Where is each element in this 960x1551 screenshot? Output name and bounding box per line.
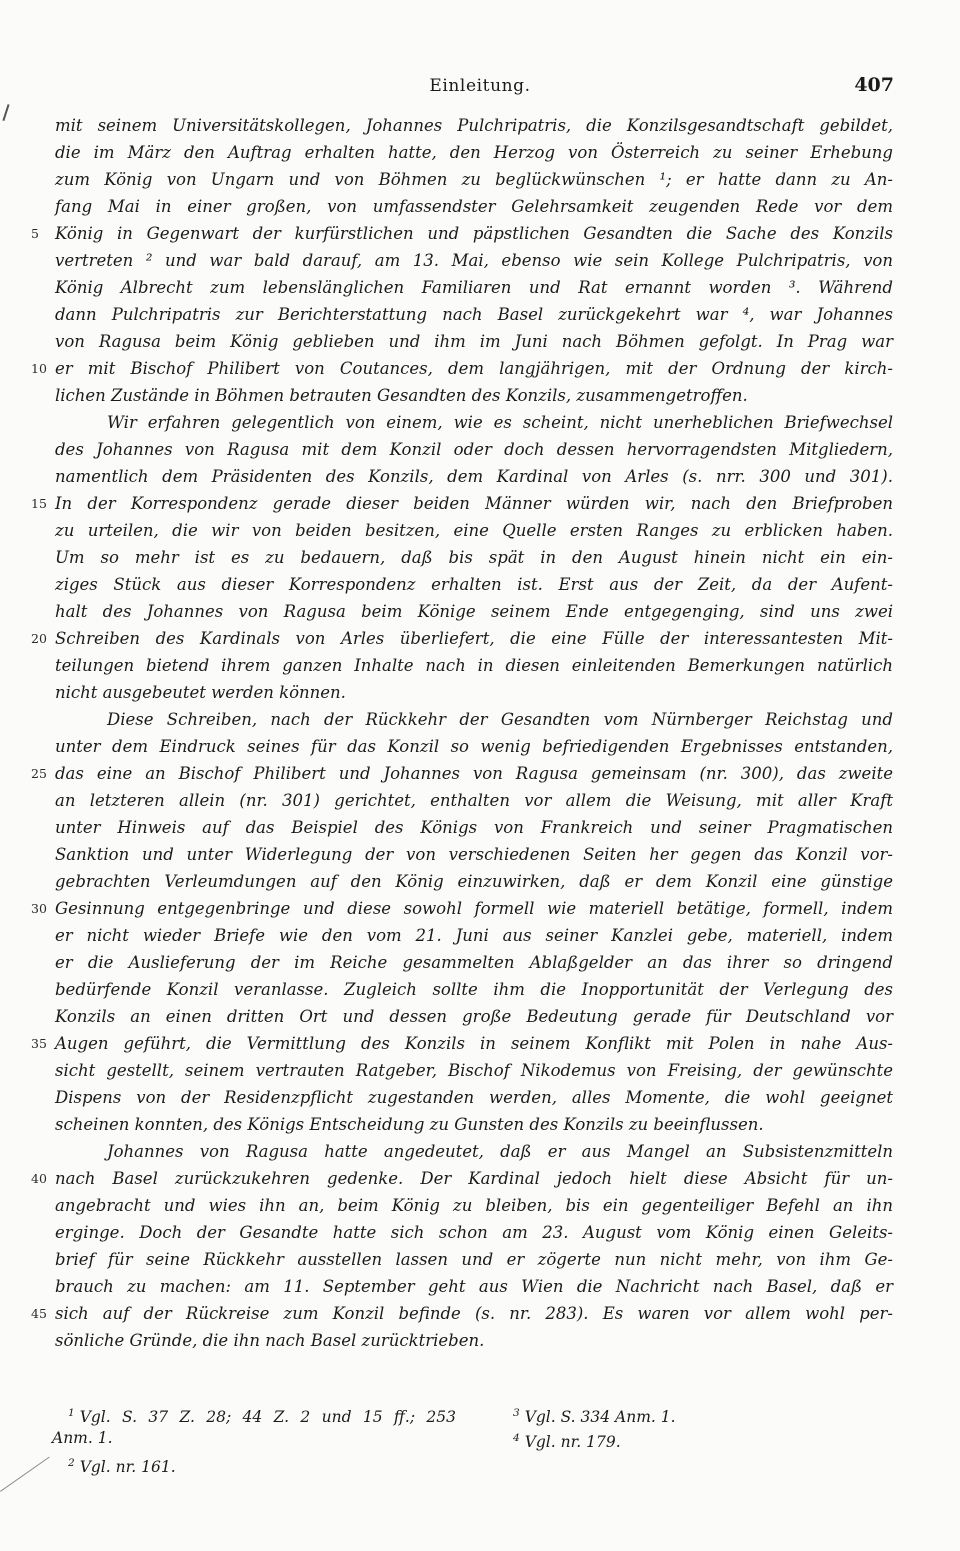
margin-line-number: 5 bbox=[31, 220, 53, 247]
text-line-content: er nicht wieder Briefe wie den vom 21. J… bbox=[55, 926, 893, 945]
text-line-content: er die Auslieferung der im Reiche gesamm… bbox=[55, 953, 893, 972]
footnote-line: 2Vgl. nr. 161. bbox=[52, 1451, 456, 1476]
text-line-content: Wir erfahren gelegentlich von einem, wie… bbox=[107, 413, 893, 432]
text-line-content: er mit Bischof Philibert von Coutances, … bbox=[55, 359, 893, 378]
text-line: dann Pulchripatris zur Berichterstattung… bbox=[55, 301, 893, 328]
text-line: Wir erfahren gelegentlich von einem, wie… bbox=[55, 409, 893, 436]
text-line: scheinen konnten, des Königs Entscheidun… bbox=[55, 1111, 893, 1138]
text-line: 15In der Korrespondenz gerade dieser bei… bbox=[55, 490, 893, 517]
text-line-content: bedürfende Konzil veranlasse. Zugleich s… bbox=[55, 980, 893, 999]
text-line-content: scheinen konnten, des Königs Entscheidun… bbox=[55, 1115, 764, 1134]
text-line-content: an letzteren allein (nr. 301) gerichtet,… bbox=[55, 791, 893, 810]
text-line: gebrachten Verleumdungen auf den König e… bbox=[55, 868, 893, 895]
text-line: unter Hinweis auf das Beispiel des König… bbox=[55, 814, 893, 841]
text-line-content: von Ragusa beim König geblieben und ihm … bbox=[55, 332, 893, 351]
text-line-content: das eine an Bischof Philibert und Johann… bbox=[55, 764, 893, 783]
text-line: an letzteren allein (nr. 301) gerichtet,… bbox=[55, 787, 893, 814]
text-line-content: erginge. Doch der Gesandte hatte sich sc… bbox=[55, 1223, 893, 1242]
text-line: sicht gestellt, seinem vertrauten Ratgeb… bbox=[55, 1057, 893, 1084]
text-line-content: halt des Johannes von Ragusa beim Könige… bbox=[55, 602, 893, 621]
footnote-text: Vgl. S. 334 Anm. 1. bbox=[525, 1408, 676, 1426]
text-line: brauch zu machen: am 11. September geht … bbox=[55, 1273, 893, 1300]
text-line: Johannes von Ragusa hatte angedeutet, da… bbox=[55, 1138, 893, 1165]
text-line: 10er mit Bischof Philibert von Coutances… bbox=[55, 355, 893, 382]
footnote-marker: 3 bbox=[513, 1407, 520, 1419]
text-line-content: zu urteilen, die wir von beiden besitzen… bbox=[55, 521, 893, 540]
text-line-content: nach Basel zurückzukehren gedenke. Der K… bbox=[55, 1169, 893, 1188]
text-line-content: namentlich dem Präsidenten des Konzils, … bbox=[55, 467, 893, 486]
text-line-content: Um so mehr ist es zu bedauern, daß bis s… bbox=[55, 548, 893, 567]
footnote-text: Anm. 1. bbox=[52, 1429, 113, 1447]
footnotes-right-column: 3Vgl. S. 334 Anm. 1.4Vgl. nr. 179. bbox=[497, 1401, 890, 1451]
text-line: 25das eine an Bischof Philibert und Joha… bbox=[55, 760, 893, 787]
text-line: er nicht wieder Briefe wie den vom 21. J… bbox=[55, 922, 893, 949]
scan-artifact-line bbox=[0, 1457, 50, 1492]
text-line: angebracht und wies ihn an, beim König z… bbox=[55, 1192, 893, 1219]
footnote-marker: 4 bbox=[513, 1432, 520, 1444]
text-line: namentlich dem Präsidenten des Konzils, … bbox=[55, 463, 893, 490]
text-line-content: sicht gestellt, seinem vertrauten Ratgeb… bbox=[55, 1061, 893, 1080]
margin-line-number: 15 bbox=[31, 490, 53, 517]
text-line: zu urteilen, die wir von beiden besitzen… bbox=[55, 517, 893, 544]
text-line: er die Auslieferung der im Reiche gesamm… bbox=[55, 949, 893, 976]
text-line-content: dann Pulchripatris zur Berichterstattung… bbox=[55, 305, 893, 324]
margin-line-number: 45 bbox=[31, 1300, 53, 1327]
text-line: mit seinem Universitätskollegen, Johanne… bbox=[55, 112, 893, 139]
text-line: Konzils an einen dritten Ort und dessen … bbox=[55, 1003, 893, 1030]
text-line: 35Augen geführt, die Vermittlung des Kon… bbox=[55, 1030, 893, 1057]
text-line: Um so mehr ist es zu bedauern, daß bis s… bbox=[55, 544, 893, 571]
text-line-content: unter Hinweis auf das Beispiel des König… bbox=[55, 818, 893, 837]
text-line: 5König in Gegenwart der kurfürstlichen u… bbox=[55, 220, 893, 247]
text-line: 45sich auf der Rückreise zum Konzil befi… bbox=[55, 1300, 893, 1327]
text-line-content: des Johannes von Ragusa mit dem Konzil o… bbox=[55, 440, 893, 459]
text-line: Diese Schreiben, nach der Rückkehr der G… bbox=[55, 706, 893, 733]
scan-artifact-slash bbox=[2, 104, 9, 121]
text-line-content: nicht ausgebeutet werden können. bbox=[55, 683, 346, 702]
text-line: 30Gesinnung entgegenbringe und diese sow… bbox=[55, 895, 893, 922]
text-line: von Ragusa beim König geblieben und ihm … bbox=[55, 328, 893, 355]
text-line-content: ziges Stück aus dieser Korrespondenz erh… bbox=[55, 575, 893, 594]
text-line: 20Schreiben des Kardinals von Arles über… bbox=[55, 625, 893, 652]
text-line-content: sich auf der Rückreise zum Konzil befind… bbox=[55, 1304, 893, 1323]
text-line-content: Gesinnung entgegenbringe und diese sowoh… bbox=[55, 899, 893, 918]
text-line: vertreten ² und war bald darauf, am 13. … bbox=[55, 247, 893, 274]
text-line: unter dem Eindruck seines für das Konzil… bbox=[55, 733, 893, 760]
footnote-line: 4Vgl. nr. 179. bbox=[497, 1426, 890, 1451]
footnote-line: 1Vgl. S. 37 Z. 28; 44 Z. 2 und 15 ff.; 2… bbox=[52, 1401, 456, 1426]
footnote-text: Vgl. nr. 161. bbox=[80, 1458, 176, 1476]
text-line-content: Schreiben des Kardinals von Arles überli… bbox=[55, 629, 893, 648]
text-line-content: mit seinem Universitätskollegen, Johanne… bbox=[55, 116, 893, 135]
text-block: mit seinem Universitätskollegen, Johanne… bbox=[55, 112, 893, 1354]
book-page: Einleitung. 407 mit seinem Universitätsk… bbox=[0, 0, 960, 1551]
text-line: erginge. Doch der Gesandte hatte sich sc… bbox=[55, 1219, 893, 1246]
text-line-content: die im März den Auftrag erhalten hatte, … bbox=[55, 143, 893, 162]
text-line: teilungen bietend ihrem ganzen Inhalte n… bbox=[55, 652, 893, 679]
margin-line-number: 30 bbox=[31, 895, 53, 922]
footnote-line: 3Vgl. S. 334 Anm. 1. bbox=[497, 1401, 890, 1426]
margin-line-number: 20 bbox=[31, 625, 53, 652]
text-line-content: Augen geführt, die Vermittlung des Konzi… bbox=[55, 1034, 893, 1053]
text-line-content: Johannes von Ragusa hatte angedeutet, da… bbox=[107, 1142, 893, 1161]
footnotes-left-column: 1Vgl. S. 37 Z. 28; 44 Z. 2 und 15 ff.; 2… bbox=[52, 1401, 456, 1476]
text-line-content: Dispens von der Residenzpflicht zugestan… bbox=[55, 1088, 893, 1107]
text-line: lichen Zustände in Böhmen betrauten Gesa… bbox=[55, 382, 893, 409]
text-line-content: König in Gegenwart der kurfürstlichen un… bbox=[55, 224, 893, 243]
text-line-content: lichen Zustände in Böhmen betrauten Gesa… bbox=[55, 386, 748, 405]
footnote-marker: 2 bbox=[68, 1457, 75, 1469]
running-header: Einleitung. bbox=[0, 76, 960, 96]
text-line-content: unter dem Eindruck seines für das Konzil… bbox=[55, 737, 893, 756]
text-line-content: vertreten ² und war bald darauf, am 13. … bbox=[55, 251, 893, 270]
footnote-text: Vgl. nr. 179. bbox=[525, 1433, 621, 1451]
text-line: Sanktion und unter Widerlegung der von v… bbox=[55, 841, 893, 868]
text-line-content: zum König von Ungarn und von Böhmen zu b… bbox=[55, 170, 893, 189]
text-line-content: fang Mai in einer großen, von umfassends… bbox=[55, 197, 893, 216]
footnote-marker: 1 bbox=[68, 1407, 75, 1419]
text-line-content: Sanktion und unter Widerlegung der von v… bbox=[55, 845, 893, 864]
margin-line-number: 35 bbox=[31, 1030, 53, 1057]
page-number: 407 bbox=[854, 74, 894, 96]
text-line-content: angebracht und wies ihn an, beim König z… bbox=[55, 1196, 893, 1215]
text-line: Dispens von der Residenzpflicht zugestan… bbox=[55, 1084, 893, 1111]
text-line-content: brauch zu machen: am 11. September geht … bbox=[55, 1277, 893, 1296]
text-line: fang Mai in einer großen, von umfassends… bbox=[55, 193, 893, 220]
text-line: König Albrecht zum lebenslänglichen Fami… bbox=[55, 274, 893, 301]
text-line-content: König Albrecht zum lebenslänglichen Fami… bbox=[55, 278, 893, 297]
footnote-text: Vgl. S. 37 Z. 28; 44 Z. 2 und 15 ff.; 25… bbox=[80, 1408, 456, 1426]
text-line-content: brief für seine Rückkehr ausstellen lass… bbox=[55, 1250, 893, 1269]
text-line-content: Konzils an einen dritten Ort und dessen … bbox=[55, 1007, 893, 1026]
margin-line-number: 25 bbox=[31, 760, 53, 787]
text-line-content: gebrachten Verleumdungen auf den König e… bbox=[55, 872, 893, 891]
text-line: zum König von Ungarn und von Böhmen zu b… bbox=[55, 166, 893, 193]
text-line: nicht ausgebeutet werden können. bbox=[55, 679, 893, 706]
text-line-content: sönliche Gründe, die ihn nach Basel zurü… bbox=[55, 1331, 484, 1350]
text-line-content: teilungen bietend ihrem ganzen Inhalte n… bbox=[55, 656, 893, 675]
text-line: halt des Johannes von Ragusa beim Könige… bbox=[55, 598, 893, 625]
text-line: bedürfende Konzil veranlasse. Zugleich s… bbox=[55, 976, 893, 1003]
text-line: brief für seine Rückkehr ausstellen lass… bbox=[55, 1246, 893, 1273]
text-line-content: Diese Schreiben, nach der Rückkehr der G… bbox=[107, 710, 893, 729]
text-line: des Johannes von Ragusa mit dem Konzil o… bbox=[55, 436, 893, 463]
margin-line-number: 10 bbox=[31, 355, 53, 382]
footnote-line: Anm. 1. bbox=[52, 1426, 456, 1451]
text-line-content: In der Korrespondenz gerade dieser beide… bbox=[55, 494, 893, 513]
text-line: ziges Stück aus dieser Korrespondenz erh… bbox=[55, 571, 893, 598]
text-line: sönliche Gründe, die ihn nach Basel zurü… bbox=[55, 1327, 893, 1354]
text-line: 40nach Basel zurückzukehren gedenke. Der… bbox=[55, 1165, 893, 1192]
margin-line-number: 40 bbox=[31, 1165, 53, 1192]
text-line: die im März den Auftrag erhalten hatte, … bbox=[55, 139, 893, 166]
